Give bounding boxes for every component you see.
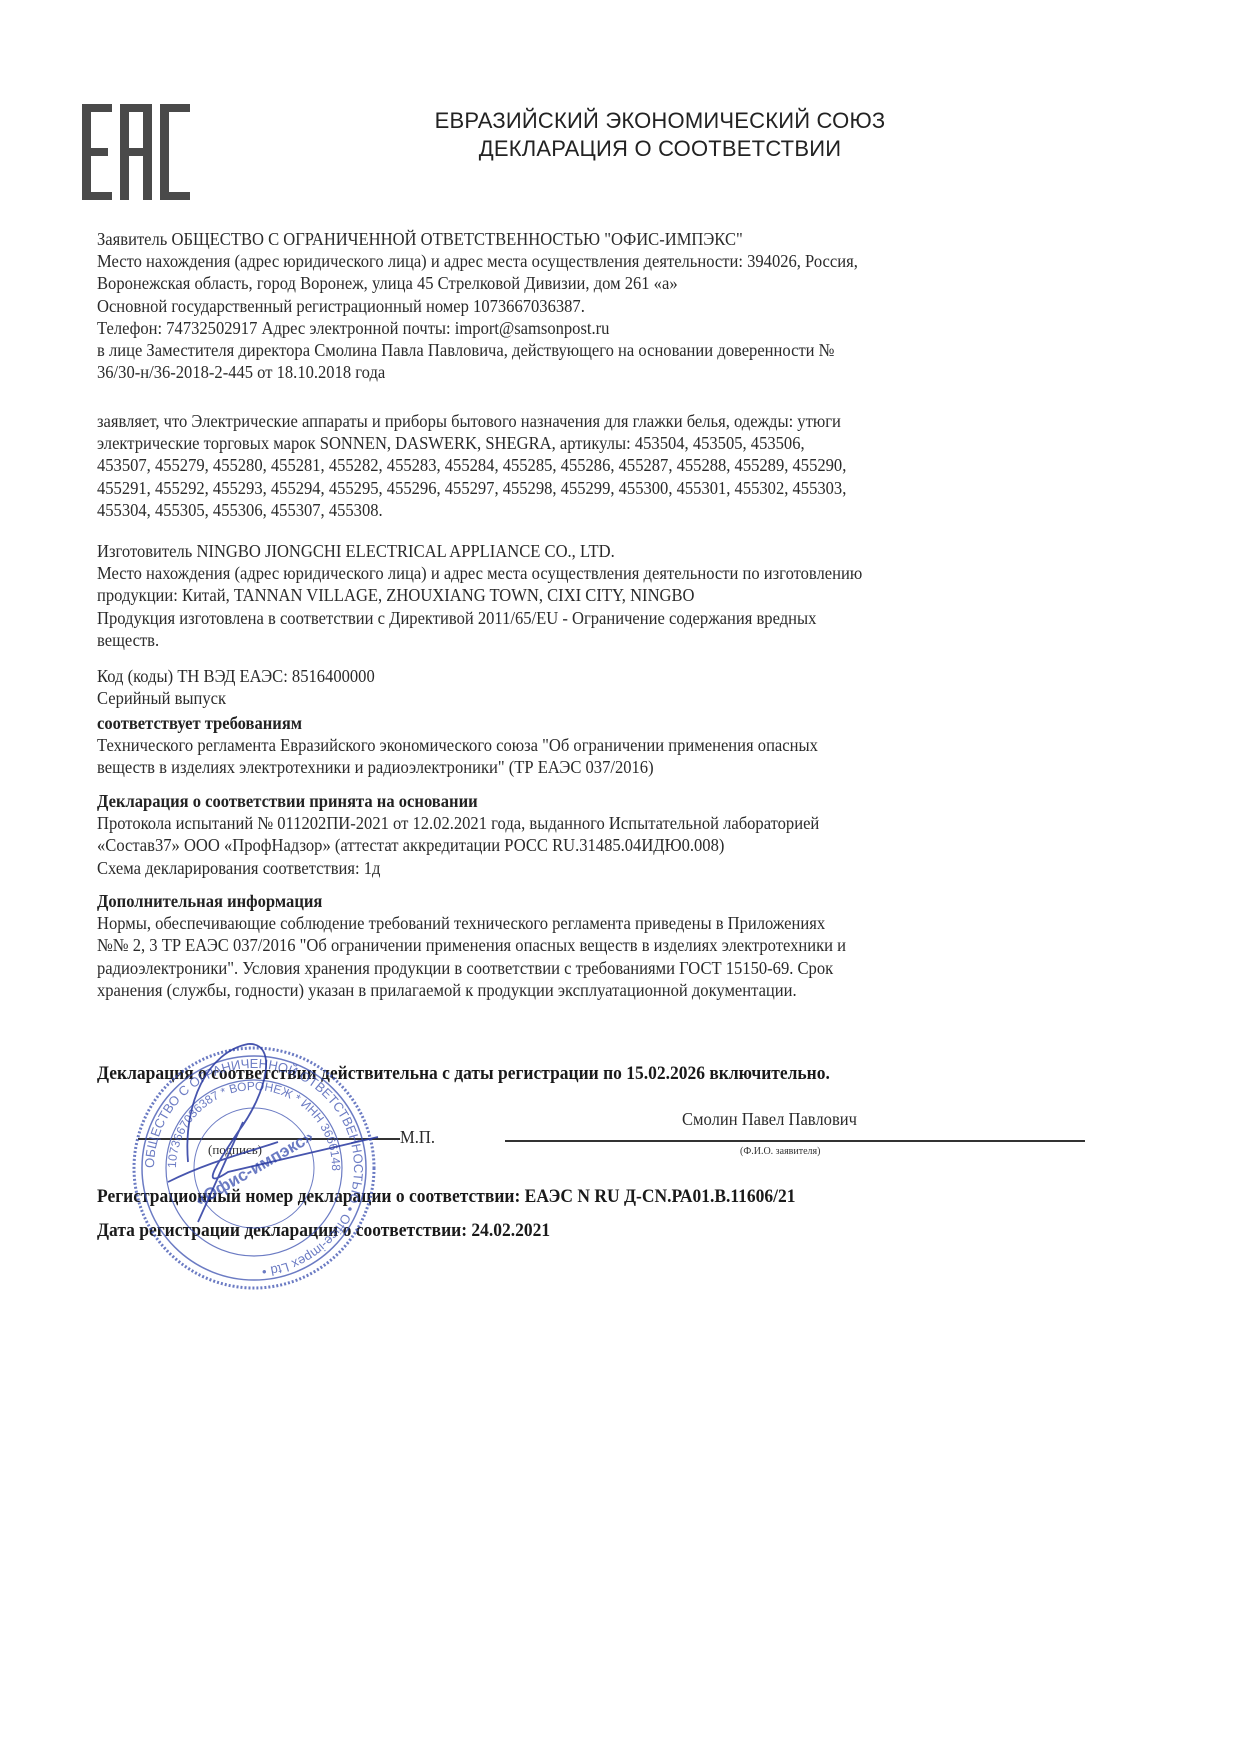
- basis-line: Схема декларирования соответствия: 1д: [97, 857, 819, 879]
- tn-ved-code: Код (коды) ТН ВЭД ЕАЭС: 8516400000: [97, 665, 375, 687]
- conformity-heading: соответствует требованиям: [97, 712, 818, 734]
- eac-logo: [82, 104, 192, 200]
- product-line: 453507, 455279, 455280, 455281, 455282, …: [97, 454, 846, 476]
- logo-letter-c: [160, 104, 190, 200]
- conformity-line: Технического регламента Евразийского эко…: [97, 734, 818, 756]
- additional-info-section: Дополнительная информация Нормы, обеспеч…: [97, 890, 846, 1001]
- basis-section: Декларация о соответствии принята на осн…: [97, 790, 819, 879]
- additional-line: радиоэлектроники". Условия хранения прод…: [97, 957, 846, 979]
- applicant-line: Заявитель ОБЩЕСТВО С ОГРАНИЧЕННОЙ ОТВЕТС…: [97, 228, 858, 250]
- basis-line: Протокола испытаний № 011202ПИ-2021 от 1…: [97, 812, 819, 834]
- additional-line: №№ 2, 3 ТР ЕАЭС 037/2016 "Об ограничении…: [97, 934, 846, 956]
- manufacturer-line: Место нахождения (адрес юридического лиц…: [97, 562, 862, 584]
- applicant-section: Заявитель ОБЩЕСТВО С ОГРАНИЧЕННОЙ ОТВЕТС…: [97, 228, 858, 383]
- manufacturer-section: Изготовитель NINGBO JIONGCHI ELECTRICAL …: [97, 540, 862, 651]
- title-union: ЕВРАЗИЙСКИЙ ЭКОНОМИЧЕСКИЙ СОЮЗ: [360, 107, 960, 135]
- manufacturer-line: Продукция изготовлена в соответствии с Д…: [97, 607, 862, 629]
- conformity-section: соответствует требованиям Технического р…: [97, 712, 818, 779]
- signer-name: Смолин Павел Павлович: [682, 1108, 857, 1130]
- applicant-line: в лице Заместителя директора Смолина Пав…: [97, 339, 858, 361]
- product-line: 455304, 455305, 455306, 455307, 455308.: [97, 499, 846, 521]
- basis-heading: Декларация о соответствии принята на осн…: [97, 790, 819, 812]
- manufacturer-line: Изготовитель NINGBO JIONGCHI ELECTRICAL …: [97, 540, 862, 562]
- product-line: 455291, 455292, 455293, 455294, 455295, …: [97, 477, 846, 499]
- manufacturer-line: веществ.: [97, 629, 862, 651]
- svg-text:«Офис-импэкс»: «Офис-импэкс»: [192, 1127, 317, 1210]
- document-title: ЕВРАЗИЙСКИЙ ЭКОНОМИЧЕСКИЙ СОЮЗ ДЕКЛАРАЦИ…: [360, 107, 960, 163]
- name-line: [505, 1140, 1085, 1142]
- title-declaration: ДЕКЛАРАЦИЯ О СООТВЕТСТВИИ: [360, 135, 960, 163]
- conformity-line: веществ в изделиях электротехники и ради…: [97, 756, 818, 778]
- applicant-line: Телефон: 74732502917 Адрес электронной п…: [97, 317, 858, 339]
- additional-line: Нормы, обеспечивающие соблюдение требова…: [97, 912, 846, 934]
- serial-release: Серийный выпуск: [97, 687, 375, 709]
- product-section: заявляет, что Электрические аппараты и п…: [97, 410, 846, 521]
- applicant-line: 36/30-н/36-2018-2-445 от 18.10.2018 года: [97, 361, 858, 383]
- additional-line: хранения (службы, годности) указан в при…: [97, 979, 846, 1001]
- additional-heading: Дополнительная информация: [97, 890, 846, 912]
- company-stamp-icon: ОБЩЕСТВО С ОГРАНИЧЕННОЙ ОТВЕТСТВЕННОСТЬЮ…: [128, 1042, 380, 1294]
- codes-section: Код (коды) ТН ВЭД ЕАЭС: 8516400000 Серий…: [97, 665, 375, 709]
- product-line: электрические торговых марок SONNEN, DAS…: [97, 432, 846, 454]
- stamp-place-label: М.П.: [400, 1126, 435, 1148]
- manufacturer-line: продукции: Китай, TANNAN VILLAGE, ZHOUXI…: [97, 584, 862, 606]
- basis-line: «Состав37» ООО «ПрофНадзор» (аттестат ак…: [97, 834, 819, 856]
- logo-letter-e: [82, 104, 112, 200]
- applicant-line: Основной государственный регистрационный…: [97, 295, 858, 317]
- applicant-line: Воронежская область, город Воронеж, улиц…: [97, 272, 858, 294]
- applicant-line: Место нахождения (адрес юридического лиц…: [97, 250, 858, 272]
- product-line: заявляет, что Электрические аппараты и п…: [97, 410, 846, 432]
- logo-letter-a: [120, 104, 152, 200]
- name-caption: (Ф.И.О. заявителя): [740, 1146, 820, 1157]
